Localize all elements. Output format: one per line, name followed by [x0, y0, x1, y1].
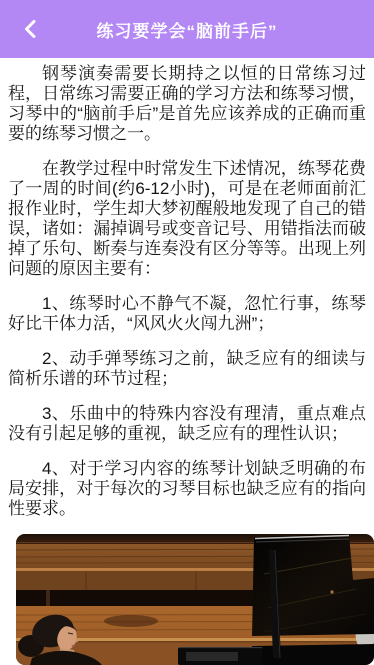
header: 练习要学会“脑前手后”	[0, 0, 374, 58]
article-body: 钢琴演奏需要长期持之以恒的日常练习过程，日常练习需要正确的学习方法和练琴习惯，习…	[0, 58, 374, 665]
paragraph-problem: 在教学过程中时常发生下述情况，练琴花费了一周的时间(约6-12小时)，可是在老师…	[8, 159, 366, 279]
paragraph-reason-1: 1、练琴时心不静气不凝，忽忙行事，练琴好比干体力活，“风风火火闯九洲”；	[8, 294, 366, 334]
paragraph-reason-2: 2、动手弹琴练习之前，缺乏应有的细读与简析乐谱的环节过程；	[8, 349, 366, 389]
back-button[interactable]	[10, 0, 50, 58]
paragraph-reason-4: 4、对于学习内容的练琴计划缺乏明确的布局安排，对于每次的习琴目标也缺乏应有的指向…	[8, 459, 366, 519]
piano-music-desk	[178, 647, 262, 665]
chevron-left-icon	[23, 19, 37, 39]
page-title: 练习要学会“脑前手后”	[97, 17, 278, 42]
paragraph-intro: 钢琴演奏需要长期持之以恒的日常练习过程，日常练习需要正确的学习方法和练琴习惯，习…	[8, 64, 366, 144]
paragraph-reason-3: 3、乐曲中的特殊内容没有理清，重点难点没有引起足够的重视，缺乏应有的理性认识；	[8, 404, 366, 444]
article-photo-pianist	[16, 534, 374, 665]
app-screen: 练习要学会“脑前手后” 钢琴演奏需要长期持之以恒的日常练习过程，日常练习需要正确…	[0, 0, 374, 665]
